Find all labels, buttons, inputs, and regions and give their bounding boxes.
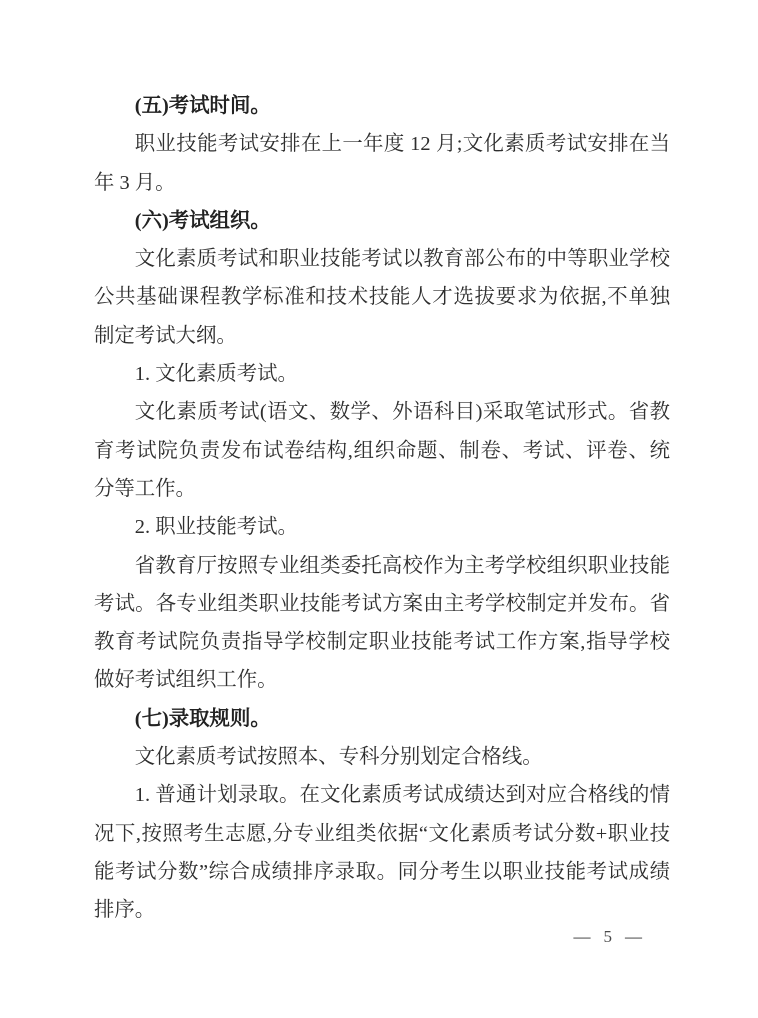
page-number-dash-right: —: [625, 927, 642, 947]
document-body: (五)考试时间。职业技能考试安排在上一年度 12 月;文化素质考试安排在当年 3…: [94, 87, 670, 930]
paragraph: 文化素质考试(语文、数学、外语科目)采取笔试形式。省教育考试院负责发布试卷结构,…: [94, 393, 670, 508]
numbered-subheading: 1. 文化素质考试。: [94, 355, 670, 393]
paragraph: 文化素质考试按照本、专科分别划定合格线。: [94, 738, 670, 776]
section-heading: (六)考试组织。: [94, 202, 670, 240]
paragraph: 1. 普通计划录取。在文化素质考试成绩达到对应合格线的情况下,按照考生志愿,分专…: [94, 776, 670, 929]
paragraph: 省教育厅按照专业组类委托高校作为主考学校组织职业技能考试。各专业组类职业技能考试…: [94, 547, 670, 700]
paragraph: 职业技能考试安排在上一年度 12 月;文化素质考试安排在当年 3 月。: [94, 125, 670, 202]
section-heading: (五)考试时间。: [94, 87, 670, 125]
paragraph: 文化素质考试和职业技能考试以教育部公布的中等职业学校公共基础课程教学标准和技术技…: [94, 240, 670, 355]
document-page: (五)考试时间。职业技能考试安排在上一年度 12 月;文化素质考试安排在当年 3…: [0, 0, 758, 1018]
section-heading: (七)录取规则。: [94, 700, 670, 738]
page-number: 5: [604, 927, 613, 947]
page-number-dash-left: —: [574, 927, 591, 947]
page-number-footer: — 5 —: [574, 927, 643, 947]
numbered-subheading: 2. 职业技能考试。: [94, 508, 670, 546]
